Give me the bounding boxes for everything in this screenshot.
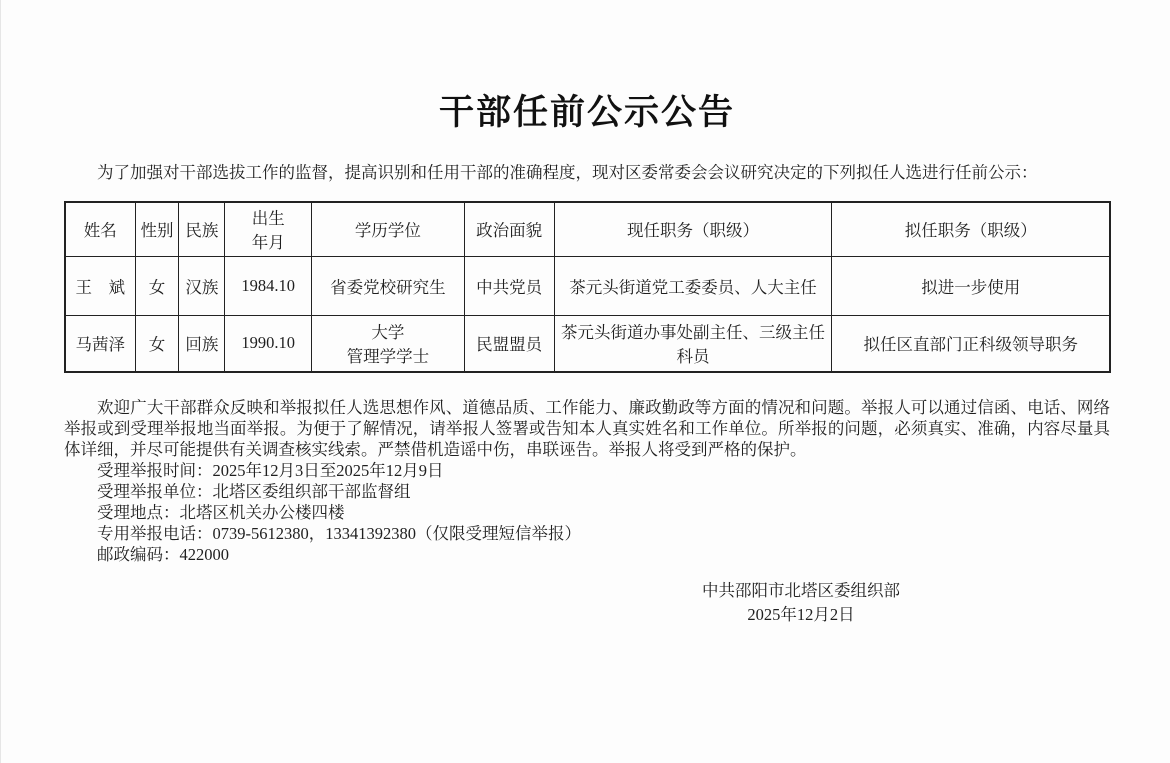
intro-paragraph: 为了加强对干部选拔工作的监督，提高识别和任用干部的准确程度，现对区委常委会会议研… bbox=[64, 162, 1110, 183]
table-row: 马茜泽 女 回族 1990.10 大学 管理学学士 民盟盟员 茶元头街道办事处副… bbox=[65, 315, 1110, 372]
cell-ethnicity: 汉族 bbox=[179, 256, 225, 315]
cell-proposed-position: 拟任区直部门正科级领导职务 bbox=[832, 315, 1110, 372]
table-header-row: 姓名 性别 民族 出生 年月 学历学位 政治面貌 现任职务（职级） 拟任职务（职… bbox=[65, 202, 1110, 256]
cell-birth-date: 1990.10 bbox=[225, 315, 312, 372]
header-education: 学历学位 bbox=[312, 202, 465, 256]
signature-org: 中共邵阳市北塔区委组织部 bbox=[636, 579, 966, 603]
cell-name: 王 斌 bbox=[65, 256, 135, 315]
report-phone-line: 专用举报电话：0739-5612380，13341392380（仅限受理短信举报… bbox=[64, 523, 1110, 544]
header-political-status: 政治面貌 bbox=[464, 202, 554, 256]
signature-block: 中共邵阳市北塔区委组织部 2025年12月2日 bbox=[636, 579, 966, 627]
postal-code-line: 邮政编码：422000 bbox=[64, 544, 1110, 565]
header-gender: 性别 bbox=[135, 202, 179, 256]
cell-political-status: 民盟盟员 bbox=[464, 315, 554, 372]
report-unit-line: 受理举报单位：北塔区委组织部干部监督组 bbox=[64, 481, 1110, 502]
cell-current-position: 茶元头街道党工委委员、人大主任 bbox=[554, 256, 832, 315]
report-time-line: 受理举报时间：2025年12月3日至2025年12月9日 bbox=[64, 460, 1110, 481]
report-location-line: 受理地点：北塔区机关办公楼四楼 bbox=[64, 502, 1110, 523]
cell-name: 马茜泽 bbox=[65, 315, 135, 372]
header-name: 姓名 bbox=[65, 202, 135, 256]
cell-education: 大学 管理学学士 bbox=[312, 315, 465, 372]
header-proposed-position: 拟任职务（职级） bbox=[832, 202, 1110, 256]
header-ethnicity: 民族 bbox=[179, 202, 225, 256]
cell-gender: 女 bbox=[135, 256, 179, 315]
table-row: 王 斌 女 汉族 1984.10 省委党校研究生 中共党员 茶元头街道党工委委员… bbox=[65, 256, 1110, 315]
cell-political-status: 中共党员 bbox=[464, 256, 554, 315]
cell-ethnicity: 回族 bbox=[179, 315, 225, 372]
candidates-table: 姓名 性别 民族 出生 年月 学历学位 政治面貌 现任职务（职级） 拟任职务（职… bbox=[64, 201, 1111, 373]
page-content: 干部任前公示公告 为了加强对干部选拔工作的监督，提高识别和任用干部的准确程度，现… bbox=[1, 85, 1170, 627]
cell-birth-date: 1984.10 bbox=[225, 256, 312, 315]
cell-proposed-position: 拟进一步使用 bbox=[832, 256, 1110, 315]
announcement-page: 干部任前公示公告 为了加强对干部选拔工作的监督，提高识别和任用干部的准确程度，现… bbox=[0, 0, 1170, 763]
cell-current-position: 茶元头街道办事处副主任、三级主任科员 bbox=[554, 315, 832, 372]
signature-date: 2025年12月2日 bbox=[636, 603, 966, 627]
header-birth-date: 出生 年月 bbox=[225, 202, 312, 256]
cell-gender: 女 bbox=[135, 315, 179, 372]
cell-education: 省委党校研究生 bbox=[312, 256, 465, 315]
contact-info-block: 受理举报时间：2025年12月3日至2025年12月9日 受理举报单位：北塔区委… bbox=[64, 460, 1110, 565]
report-notice-paragraph: 欢迎广大干部群众反映和举报拟任人选思想作风、道德品质、工作能力、廉政勤政等方面的… bbox=[64, 397, 1110, 460]
header-current-position: 现任职务（职级） bbox=[554, 202, 832, 256]
page-title: 干部任前公示公告 bbox=[64, 85, 1110, 135]
